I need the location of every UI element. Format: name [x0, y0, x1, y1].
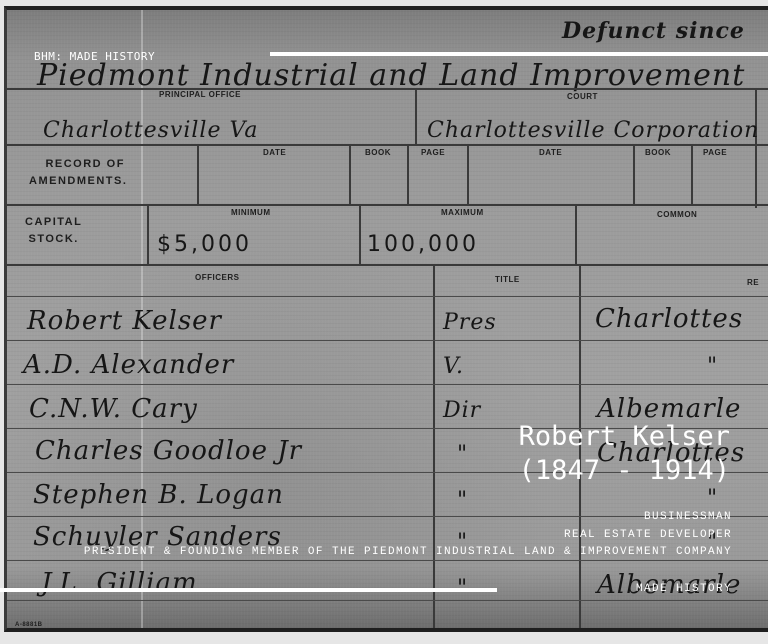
role-real-estate-developer: REAL ESTATE DEVELOPER [564, 529, 732, 541]
officer-name: Stephen B. Logan [33, 480, 284, 510]
page-label-2: PAGE [703, 148, 727, 157]
officer-residence: " [707, 486, 718, 511]
defunct-annotation: Defunct since [562, 18, 745, 44]
bottom-accent-bar [0, 588, 497, 592]
officer-title: Dir [443, 398, 481, 423]
rule [349, 144, 351, 204]
role-president-founding-member: PRESIDENT & FOUNDING MEMBER OF THE PIEDM… [84, 546, 732, 558]
person-name: Robert Kelser [519, 421, 730, 452]
rule [467, 144, 469, 204]
officer-residence: Charlottes [595, 304, 743, 334]
rule [7, 204, 768, 206]
rule [197, 144, 199, 204]
maximum-label: MAXIMUM [441, 208, 484, 217]
capital-stock-label: CAPITAL STOCK. [25, 214, 82, 248]
rule [7, 296, 768, 297]
rule [7, 600, 768, 601]
stock-text: STOCK. [25, 231, 82, 248]
officer-name: C.N.W. Cary [29, 394, 198, 424]
amendments-text: AMENDMENTS. [29, 173, 127, 190]
common-label: COMMON [657, 210, 697, 219]
officer-residence: Albemarle [597, 394, 741, 424]
person-years: (1847 - 1914) [519, 455, 730, 486]
rule [415, 88, 417, 144]
book-label-2: BOOK [645, 148, 671, 157]
rule [7, 264, 768, 266]
rule [575, 204, 577, 264]
rule [691, 144, 693, 204]
date-label-2: DATE [539, 148, 562, 157]
capital-text: CAPITAL [25, 214, 82, 231]
series-title: BHM: MADE HISTORY [34, 50, 155, 63]
rule [7, 384, 768, 385]
court-value: Charlottesville Corporation [427, 118, 759, 143]
capital-maximum-value: 100,000 [367, 232, 479, 257]
officer-name: Charles Goodloe Jr [35, 436, 302, 466]
residence-label: RE [747, 278, 759, 287]
role-businessman: BUSINESSMAN [644, 511, 732, 523]
principal-office-value: Charlottesville Va [43, 118, 258, 143]
capital-minimum-value: $5,000 [157, 232, 252, 257]
rule [7, 88, 768, 90]
officer-name: Robert Kelser [27, 306, 222, 336]
officer-name: J.L. Gilliam [41, 568, 198, 598]
record-of-amendments-label: RECORD OF AMENDMENTS. [29, 156, 127, 190]
footer-tag: MADE HISTORY [636, 583, 732, 595]
rule [7, 560, 768, 561]
date-label: DATE [263, 148, 286, 157]
title-label: TITLE [495, 275, 520, 284]
officer-title: Pres [443, 310, 497, 335]
minimum-label: MINIMUM [231, 208, 271, 217]
page-label: PAGE [421, 148, 445, 157]
rule [7, 144, 768, 146]
record-of-text: RECORD OF [29, 156, 127, 173]
officer-residence: " [707, 354, 718, 379]
rule [433, 264, 435, 632]
form-number: A-8881B [15, 622, 43, 628]
officer-title: " [457, 442, 468, 467]
officer-title: " [457, 488, 468, 513]
officer-title: V. [443, 354, 464, 379]
rule [407, 144, 409, 204]
book-label: BOOK [365, 148, 391, 157]
top-accent-bar [270, 52, 768, 56]
court-label: COURT [567, 92, 598, 101]
rule [359, 204, 361, 264]
rule [7, 340, 768, 341]
rule [755, 88, 757, 208]
rule [147, 204, 149, 264]
officers-label: OFFICERS [195, 273, 239, 282]
image-frame: Defunct since Piedmont Industrial and La… [0, 0, 768, 644]
principal-office-label: PRINCIPAL OFFICE [159, 90, 241, 99]
officer-name: A.D. Alexander [23, 350, 234, 380]
rule [633, 144, 635, 204]
